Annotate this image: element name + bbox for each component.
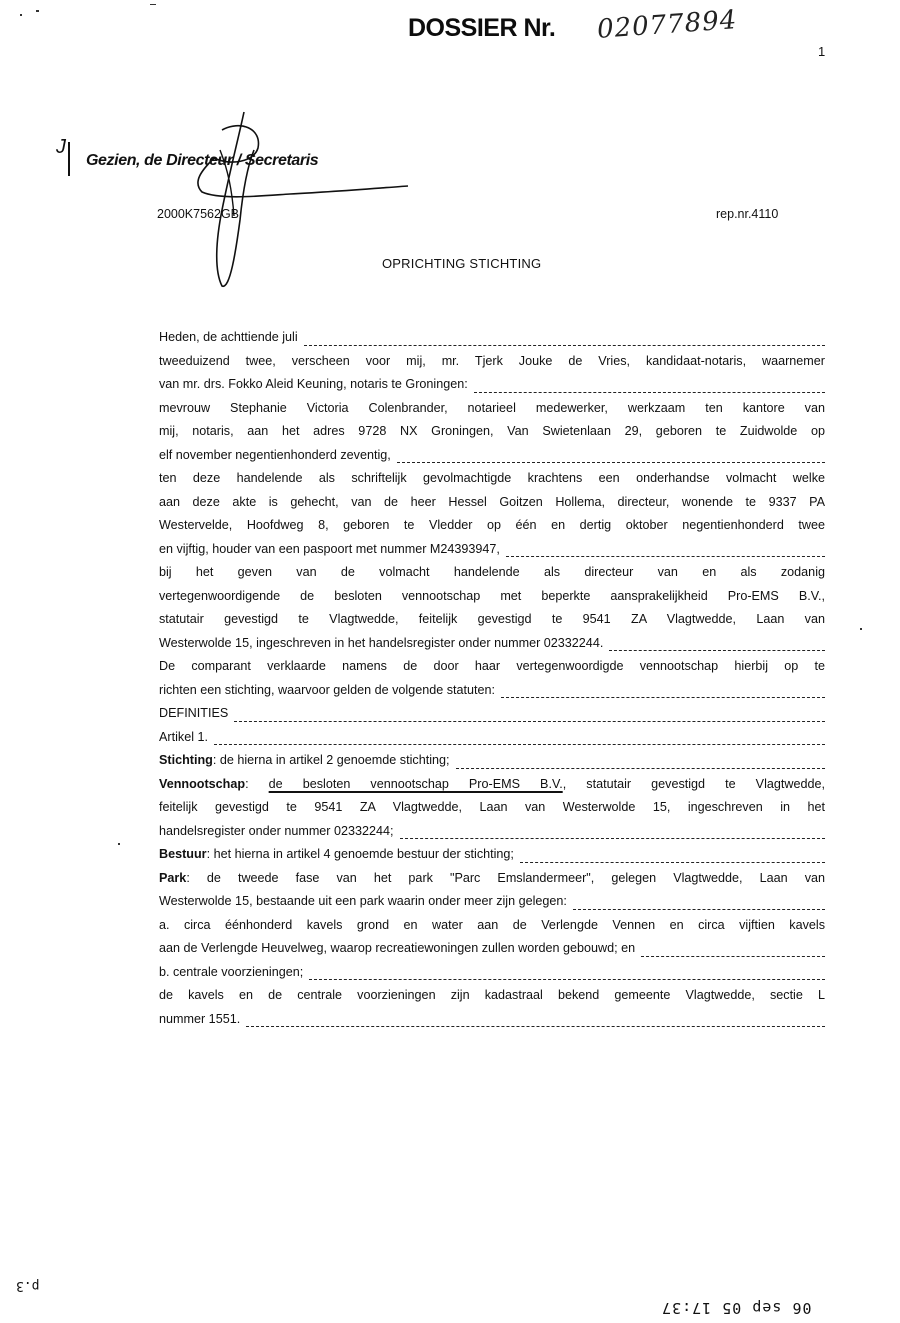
section-heading: DEFINITIES xyxy=(159,702,228,726)
definition-separator: : xyxy=(245,777,269,791)
deed-line: aan deze akte is gehecht, van de heer He… xyxy=(159,491,825,515)
fax-timestamp: 06 sep 05 17:37 xyxy=(661,1299,811,1317)
stamp-bracket-line xyxy=(68,142,70,176)
deed-line: Heden, de achttiende juli xyxy=(159,326,825,350)
fill-dashes xyxy=(501,679,825,699)
deed-line: Stichting: de hierna in artikel 2 genoem… xyxy=(159,749,825,773)
fill-dashes xyxy=(234,702,825,722)
deed-text: Heden, de achttiende juli xyxy=(159,326,298,350)
deed-text: richten een stichting, waarvoor gelden d… xyxy=(159,679,495,703)
deed-text: handelsregister onder nummer 02332244; xyxy=(159,820,394,844)
deed-text: Westerwolde 15, bestaande uit een park w… xyxy=(159,890,567,914)
deed-text: van mr. drs. Fokko Aleid Keuning, notari… xyxy=(159,373,468,397)
fill-dashes xyxy=(397,444,825,464)
definition-term: Stichting xyxy=(159,753,213,767)
stamp-text: Gezien, de Directeur / Secretaris xyxy=(86,152,318,170)
deed-line: DEFINITIES xyxy=(159,702,825,726)
deed-line: handelsregister onder nummer 02332244; xyxy=(159,820,825,844)
deed-line: Bestuur: het hierna in artikel 4 genoemd… xyxy=(159,843,825,867)
deed-text: aan de Verlengde Heuvelweg, waarop recre… xyxy=(159,937,635,961)
dossier-label: DOSSIER Nr. xyxy=(408,14,555,43)
definition-term: Park xyxy=(159,871,186,885)
fill-dashes xyxy=(214,726,825,746)
deed-text: nummer 1551. xyxy=(159,1008,240,1032)
deed-line: Vennootschap: de besloten vennootschap P… xyxy=(159,773,825,797)
deed-line: van mr. drs. Fokko Aleid Keuning, notari… xyxy=(159,373,825,397)
deed-body: Heden, de achttiende juli tweeduizend tw… xyxy=(159,326,825,1031)
scan-speck xyxy=(118,843,120,845)
deed-line: a. circa éénhonderd kavels grond en wate… xyxy=(159,914,825,938)
deed-line: statutair gevestigd te Vlagtwedde, feite… xyxy=(159,608,825,632)
definition-text: : de tweede fase van het park "Parc Emsl… xyxy=(186,871,825,885)
dossier-number-handwritten: 02077894 xyxy=(596,5,738,45)
deed-line: bij het geven van de volmacht handelende… xyxy=(159,561,825,585)
deed-text: Westerwolde 15, ingeschreven in het hand… xyxy=(159,632,603,656)
scan-speck xyxy=(20,14,22,16)
deed-line: mevrouw Stephanie Victoria Colenbrander,… xyxy=(159,397,825,421)
reference-code: 2000K7562GB xyxy=(157,207,239,221)
fill-dashes xyxy=(309,961,825,981)
deed-line: mij, notaris, aan het adres 9728 NX Gron… xyxy=(159,420,825,444)
article-heading: Artikel 1. xyxy=(159,726,208,750)
scan-speck xyxy=(150,4,156,5)
fill-dashes xyxy=(609,632,825,652)
deed-line: nummer 1551. xyxy=(159,1008,825,1032)
fill-dashes xyxy=(474,373,825,393)
deed-line: b. centrale voorzieningen; xyxy=(159,961,825,985)
stamp-bracket: J xyxy=(56,136,66,159)
definition-text: , statutair gevestigd te Vlagtwedde, xyxy=(563,777,825,791)
deed-line: richten een stichting, waarvoor gelden d… xyxy=(159,679,825,703)
deed-line: feitelijk gevestigd te 9541 ZA Vlagtwedd… xyxy=(159,796,825,820)
fill-dashes xyxy=(506,538,825,558)
deed-line: vertegenwoordigende de besloten vennoots… xyxy=(159,585,825,609)
document-title: OPRICHTING STICHTING xyxy=(382,256,541,271)
definition-term: Bestuur xyxy=(159,847,207,861)
deed-line: Artikel 1. xyxy=(159,726,825,750)
deed-line: ten deze handelende als schriftelijk gev… xyxy=(159,467,825,491)
underlined-text: de besloten vennootschap Pro-EMS B.V. xyxy=(269,777,563,791)
fill-dashes xyxy=(400,820,825,840)
fill-dashes xyxy=(246,1008,825,1028)
fax-page-number: p.3 xyxy=(16,1278,39,1293)
deed-line: elf november negentienhonderd zeventig, xyxy=(159,444,825,468)
fill-dashes xyxy=(641,937,825,957)
definition-text: : de hierna in artikel 2 genoemde sticht… xyxy=(213,753,450,767)
deed-line: de kavels en de centrale voorzieningen z… xyxy=(159,984,825,1008)
fill-dashes xyxy=(304,326,825,346)
fill-dashes xyxy=(573,890,825,910)
deed-text: b. centrale voorzieningen; xyxy=(159,961,303,985)
deed-line: Westerwolde 15, ingeschreven in het hand… xyxy=(159,632,825,656)
definition-term: Vennootschap xyxy=(159,777,245,791)
fill-dashes xyxy=(520,843,825,863)
deed-line: De comparant verklaarde namens de door h… xyxy=(159,655,825,679)
deed-line: en vijftig, houder van een paspoort met … xyxy=(159,538,825,562)
definition-text: : het hierna in artikel 4 genoemde bestu… xyxy=(207,847,514,861)
scan-speck xyxy=(860,628,862,630)
repertorium-number: rep.nr.4110 xyxy=(716,207,778,221)
deed-text: elf november negentienhonderd zeventig, xyxy=(159,444,391,468)
deed-line: Park: de tweede fase van het park "Parc … xyxy=(159,867,825,891)
deed-line: Westerwolde 15, bestaande uit een park w… xyxy=(159,890,825,914)
deed-line: aan de Verlengde Heuvelweg, waarop recre… xyxy=(159,937,825,961)
scan-speck xyxy=(36,10,39,12)
deed-text: en vijftig, houder van een paspoort met … xyxy=(159,538,500,562)
page-number: 1 xyxy=(818,44,825,59)
deed-line: tweeduizend twee, verscheen voor mij, mr… xyxy=(159,350,825,374)
fill-dashes xyxy=(456,749,826,769)
deed-line: Westervelde, Hoofdweg 8, geboren te Vled… xyxy=(159,514,825,538)
